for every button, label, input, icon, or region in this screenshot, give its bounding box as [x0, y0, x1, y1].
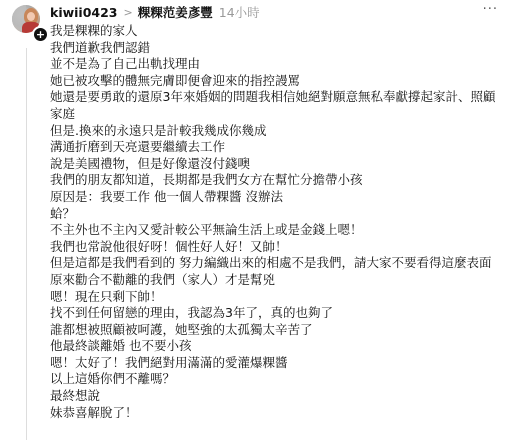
post-line: 蛤？	[50, 206, 500, 223]
post-line: 溝通折磨到天亮還要繼續去工作	[50, 139, 500, 156]
post-line: 並不是為了自己出軌找理由	[50, 56, 500, 73]
post-line: 誰都想被照顧被呵護，她堅強的太孤獨太辛苦了	[50, 322, 500, 339]
avatar-face	[27, 12, 35, 21]
post-line: 不主外也不主內又愛計較公平無論生活上或是金錢上嗯！	[50, 222, 500, 239]
post-line: 我是粿粿的家人	[50, 23, 500, 40]
post-line: 但是.換來的永遠只是計較我幾成你幾成	[50, 123, 500, 140]
reply-to-username[interactable]: 粿粿范姜彥豐	[138, 3, 213, 21]
post-line: 以上這婚你們不離嗎？	[50, 371, 500, 388]
post-line: 他最終談離婚 也不要小孩	[50, 338, 500, 355]
post-line: 說是美國禮物，但是好像還沒付錢噢	[50, 156, 500, 173]
reply-arrow-icon: >	[124, 6, 133, 19]
post-line: 原因是：我要工作 他一個人帶粿醬 沒辦法	[50, 189, 500, 206]
post-line: 原來勸合不勸離的我們（家人）才是幫兇	[50, 272, 500, 289]
thread-line	[26, 48, 27, 440]
post-line: 最終想說	[50, 388, 500, 405]
more-options-icon[interactable]: ···	[483, 5, 498, 15]
post-line: 我們的朋友都知道，長期都是我們女方在幫忙分擔帶小孩	[50, 172, 500, 189]
post-line: 找不到任何留戀的理由，我認為3年了，真的也夠了	[50, 305, 500, 322]
post-line: 妹恭喜解脫了！	[50, 405, 500, 422]
post-body: 我是粿粿的家人 我們道歉我們認錯 並不是為了自己出軌找理由 她已被攻擊的體無完膚…	[50, 23, 500, 421]
post-line: 嗯！現在只剩下帥！	[50, 289, 500, 306]
avatar-container[interactable]: +	[12, 5, 40, 33]
post-line: 她已被攻擊的體無完膚即便會迎來的指控謾罵	[50, 73, 500, 90]
post-line: 我們也常說他很好呀！個性好人好！又帥！	[50, 239, 500, 256]
post-timestamp: 14小時	[219, 3, 260, 21]
post-line: 嗯！太好了！我們絕對用滿滿的愛灌爆粿醬	[50, 355, 500, 372]
post-line: 我們道歉我們認錯	[50, 40, 500, 57]
author-username[interactable]: kiwii0423	[50, 5, 118, 20]
post-line: 但是這都是我們看到的 努力編織出來的相處不是我們，請大家不要看得這麼表面	[50, 255, 500, 272]
follow-plus-icon[interactable]: +	[32, 26, 49, 43]
post-header: kiwii0423 > 粿粿范姜彥豐 14小時	[50, 4, 260, 20]
post-line: 她還是要勇敢的還原3年來婚姻的問題我相信她絕對願意無私奉獻撐起家計、照顧家庭	[50, 89, 500, 122]
